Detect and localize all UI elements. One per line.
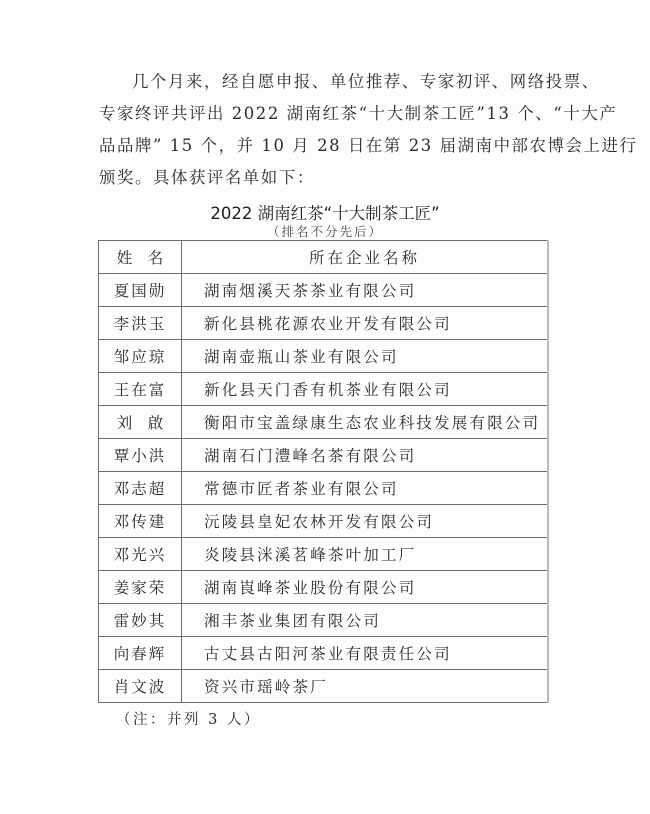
cell-company: 新化县桃花源农业开发有限公司	[182, 307, 549, 340]
cell-company: 炎陵县洣溪茗峰茶叶加工厂	[182, 538, 549, 571]
header-name: 姓 名	[99, 241, 182, 274]
table-row: 邓光兴炎陵县洣溪茗峰茶叶加工厂	[99, 538, 549, 571]
cell-company: 湖南崀峰茶业股份有限公司	[182, 571, 549, 604]
intro-line: 专家终评共评出 2022 湖南红茶“十大制茶工匠”13 个、“十大产	[99, 98, 551, 130]
table-header-row: 姓 名 所在企业名称	[99, 241, 549, 274]
cell-company: 古丈县古阳河茶业有限责任公司	[182, 637, 549, 670]
intro-line: 几个月来，经自愿申报、单位推荐、专家初评、网络投票、	[99, 66, 551, 98]
table-row: 向春辉古丈县古阳河茶业有限责任公司	[99, 637, 549, 670]
table-row: 刘 啟衡阳市宝盖绿康生态农业科技发展有限公司	[99, 406, 549, 439]
cell-name: 向春辉	[99, 637, 182, 670]
cell-name: 邹应琼	[99, 340, 182, 373]
cell-company: 沅陵县皇妃农林开发有限公司	[182, 505, 549, 538]
table-row: 夏国勋湖南烟溪天茶茶业有限公司	[99, 274, 549, 307]
intro-paragraph: 几个月来，经自愿申报、单位推荐、专家初评、网络投票、 专家终评共评出 2022 …	[99, 66, 551, 194]
table-row: 雷妙其湘丰茶业集团有限公司	[99, 604, 549, 637]
list-subtitle: （排名不分先后）	[0, 222, 650, 240]
cell-name: 邓传建	[99, 505, 182, 538]
intro-line: 品品牌” 15 个，并 10 月 28 日在第 23 届湖南中部农博会上进行	[99, 130, 551, 162]
cell-company: 湖南烟溪天茶茶业有限公司	[182, 274, 549, 307]
cell-name: 邓光兴	[99, 538, 182, 571]
table-row: 肖文波资兴市瑶岭茶厂	[99, 670, 549, 703]
cell-name: 邓志超	[99, 472, 182, 505]
table-row: 邹应琼湖南壶瓶山茶业有限公司	[99, 340, 549, 373]
cell-name: 肖文波	[99, 670, 182, 703]
table-row: 王在富新化县天门香有机茶业有限公司	[99, 373, 549, 406]
cell-company: 衡阳市宝盖绿康生态农业科技发展有限公司	[182, 406, 549, 439]
table-row: 李洪玉新化县桃花源农业开发有限公司	[99, 307, 549, 340]
cell-name: 王在富	[99, 373, 182, 406]
list-title: 2022 湖南红茶“十大制茶工匠”	[0, 200, 650, 224]
awards-table: 姓 名 所在企业名称 夏国勋湖南烟溪天茶茶业有限公司 李洪玉新化县桃花源农业开发…	[98, 240, 549, 703]
cell-name: 李洪玉	[99, 307, 182, 340]
intro-line: 颁奖。具体获评名单如下：	[99, 162, 551, 194]
cell-company: 资兴市瑶岭茶厂	[182, 670, 549, 703]
table-note: （注：并列 3 人）	[116, 708, 261, 729]
cell-name: 刘 啟	[99, 406, 182, 439]
table-row: 覃小洪湖南石门澧峰名茶有限公司	[99, 439, 549, 472]
cell-name: 雷妙其	[99, 604, 182, 637]
header-company: 所在企业名称	[182, 241, 549, 274]
cell-company: 湖南石门澧峰名茶有限公司	[182, 439, 549, 472]
cell-company: 湖南壶瓶山茶业有限公司	[182, 340, 549, 373]
table-row: 邓志超常德市匠者茶业有限公司	[99, 472, 549, 505]
cell-company: 新化县天门香有机茶业有限公司	[182, 373, 549, 406]
cell-name: 覃小洪	[99, 439, 182, 472]
table-row: 姜家荣湖南崀峰茶业股份有限公司	[99, 571, 549, 604]
table-row: 邓传建沅陵县皇妃农林开发有限公司	[99, 505, 549, 538]
cell-company: 常德市匠者茶业有限公司	[182, 472, 549, 505]
cell-name: 姜家荣	[99, 571, 182, 604]
cell-name: 夏国勋	[99, 274, 182, 307]
cell-company: 湘丰茶业集团有限公司	[182, 604, 549, 637]
